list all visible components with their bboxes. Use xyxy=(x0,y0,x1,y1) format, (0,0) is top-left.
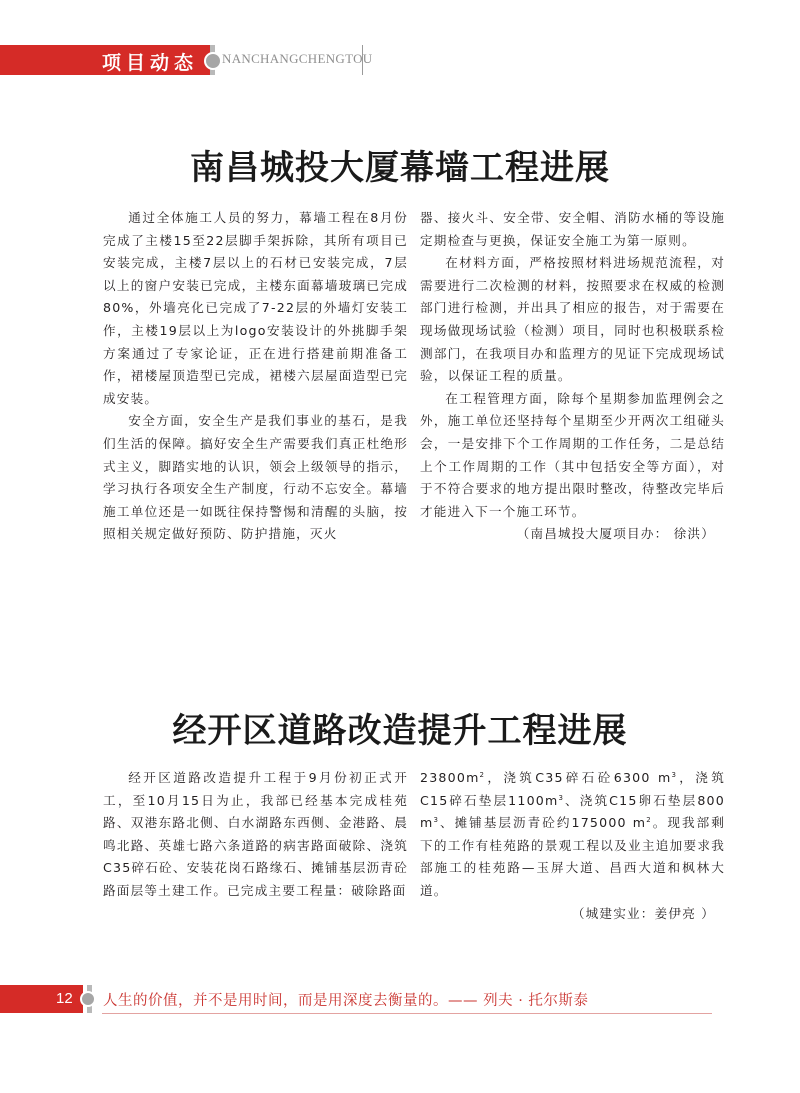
article-title-1: 南昌城投大厦幕墙工程进展 xyxy=(0,140,800,189)
paragraph-continued: 23800m2，浇筑C35碎石砼6300 m3，浇筑C15碎石垫层1100m3、… xyxy=(420,767,725,903)
footer-dot-icon xyxy=(80,991,96,1007)
section-title: 项目动态 xyxy=(102,48,198,75)
header-dot-icon xyxy=(204,52,222,70)
byline: （南昌城投大厦项目办： 徐洪） xyxy=(420,523,725,546)
page-number: 12 xyxy=(56,990,73,1007)
footer-quote: 人生的价值，并不是用时间，而是用深度去衡量的。—— 列夫 · 托尔斯泰 xyxy=(103,989,588,1010)
paragraph: 在材料方面，严格按照材料进场规范流程，对需要进行二次检测的材料，按照要求在权威的… xyxy=(420,252,725,388)
text-segment: ，浇筑C35碎石砼6300 m xyxy=(485,770,671,785)
paragraph: 经开区道路改造提升工程于9月份初正式开工，至10月15日为止，我部已经基本完成桂… xyxy=(103,767,408,903)
article-2-left-column: 经开区道路改造提升工程于9月份初正式开工，至10月15日为止，我部已经基本完成桂… xyxy=(103,767,408,903)
section-header-bar: 项目动态 xyxy=(0,45,210,75)
paragraph: 在工程管理方面，除每个星期参加监理例会之外，施工单位还坚持每个星期至少开两次工组… xyxy=(420,388,725,524)
article-1-left-column: 通过全体施工人员的努力，幕墙工程在8月份完成了主楼15至22层脚手架拆除，其所有… xyxy=(103,207,408,546)
header-english-label: NANCHANGCHENGTOU xyxy=(222,51,372,67)
article-1-right-column: 器、接火斗、安全带、安全帽、消防水桶的等设施定期检查与更换，保证安全施工为第一原… xyxy=(420,207,725,546)
byline: （城建实业：姜伊亮 ） xyxy=(420,903,725,926)
paragraph: 通过全体施工人员的努力，幕墙工程在8月份完成了主楼15至22层脚手架拆除，其所有… xyxy=(103,207,408,410)
text-segment: 23800m xyxy=(420,770,480,785)
article-2-right-column: 23800m2，浇筑C35碎石砼6300 m3，浇筑C15碎石垫层1100m3、… xyxy=(420,767,725,925)
text-segment: 、摊铺基层沥青砼约175000 m xyxy=(439,815,646,830)
footer-rule xyxy=(102,1013,712,1014)
paragraph: 安全方面，安全生产是我们事业的基石，是我们生活的保障。搞好安全生产需要我们真正杜… xyxy=(103,410,408,546)
article-title-2: 经开区道路改造提升工程进展 xyxy=(0,703,800,752)
paragraph-continued: 器、接火斗、安全带、安全帽、消防水桶的等设施定期检查与更换，保证安全施工为第一原… xyxy=(420,207,725,252)
header-vertical-rule xyxy=(362,45,363,75)
